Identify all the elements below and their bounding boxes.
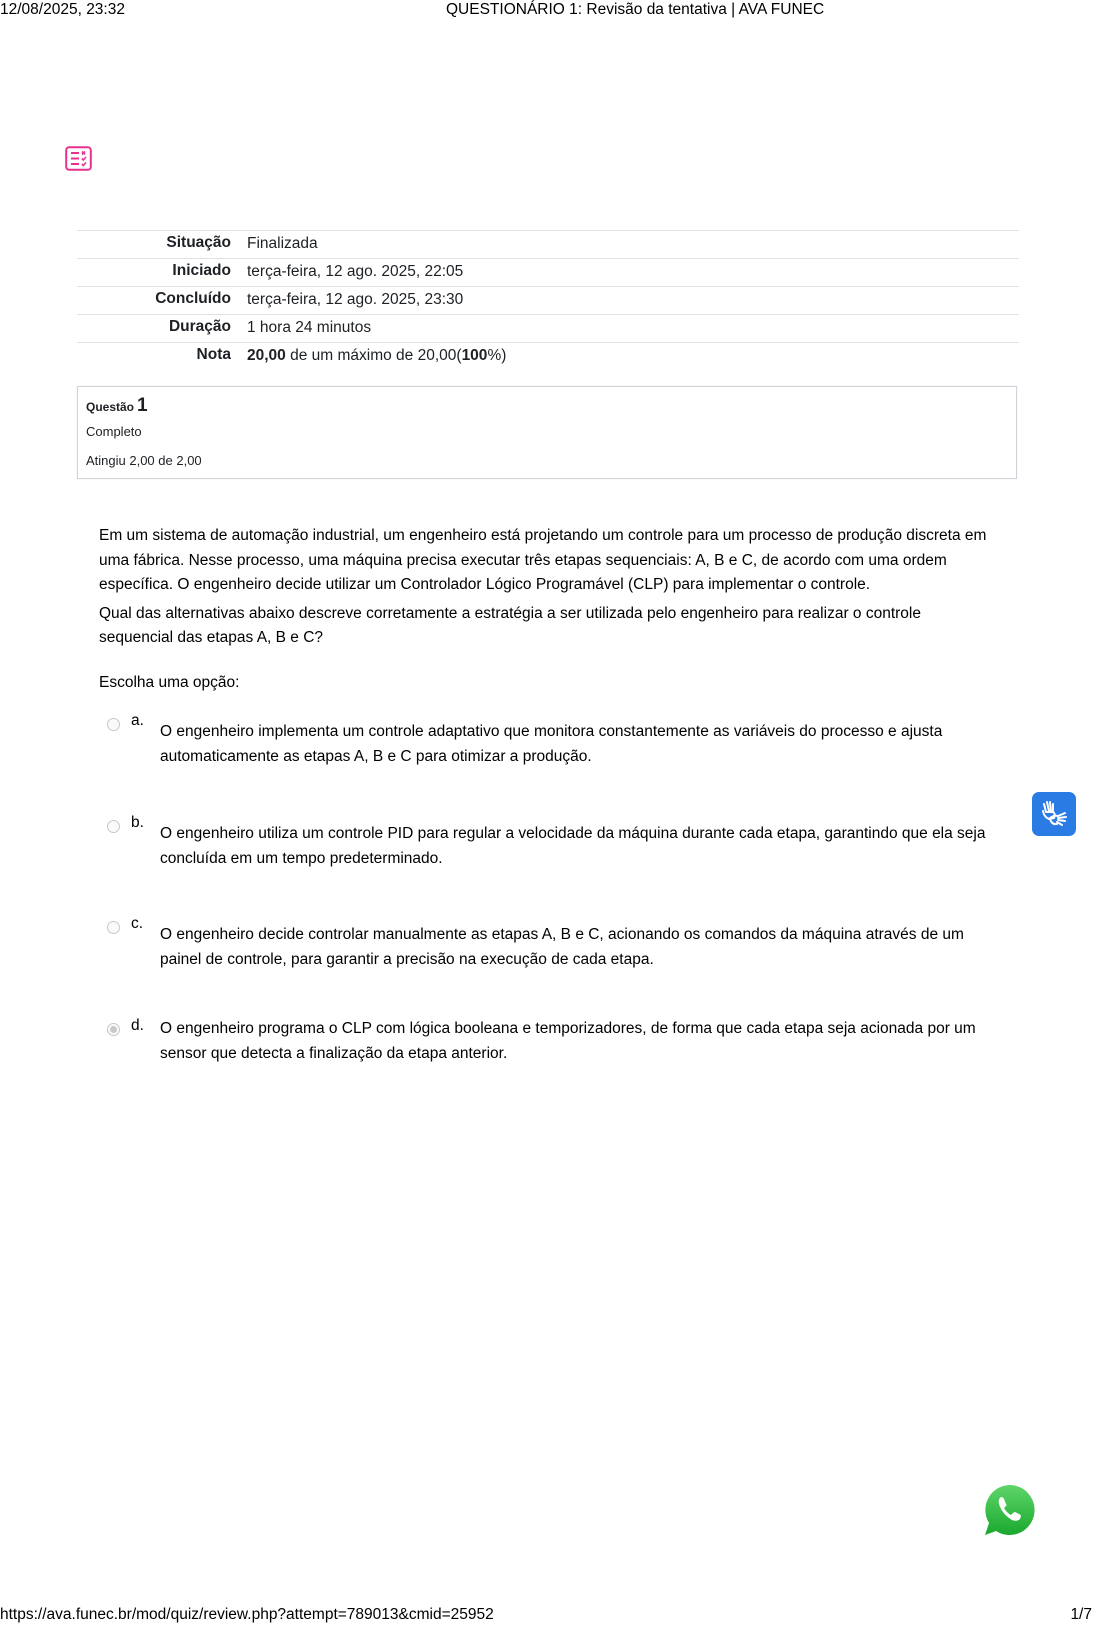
libras-accessibility-button[interactable] [1032, 792, 1076, 836]
summary-value: terça-feira, 12 ago. 2025, 22:05 [247, 259, 1019, 287]
summary-label: Concluído [77, 287, 247, 315]
question-state: Completo [86, 424, 142, 439]
attempt-summary-table: Situação Finalizada Iniciado terça-feira… [77, 230, 1019, 370]
summary-label: Nota [77, 343, 247, 371]
option-letter: d. [131, 1017, 144, 1035]
option-text: O engenheiro utiliza um controle PID par… [160, 822, 1005, 871]
grade-score: 20,00 [247, 347, 286, 364]
summary-value: terça-feira, 12 ago. 2025, 23:30 [247, 287, 1019, 315]
quiz-icon [65, 146, 92, 171]
page-url: https://ava.funec.br/mod/quiz/review.php… [0, 1606, 494, 1624]
option-letter: c. [131, 915, 143, 933]
option-letter: a. [131, 712, 144, 730]
question-number: Questão1 [86, 395, 148, 417]
question-grade: Atingiu 2,00 de 2,00 [86, 453, 202, 468]
question-num: 1 [137, 395, 148, 416]
question-info-box: Questão1 Completo Atingiu 2,00 de 2,00 [77, 386, 1017, 479]
whatsapp-icon[interactable] [982, 1483, 1036, 1537]
summary-row-situacao: Situação Finalizada [77, 231, 1019, 259]
grade-percent: 100 [462, 347, 488, 364]
summary-row-concluido: Concluído terça-feira, 12 ago. 2025, 23:… [77, 287, 1019, 315]
hand-sign-language-icon [1032, 792, 1076, 836]
answer-prompt: Escolha uma opção: [99, 674, 239, 692]
radio-button[interactable] [107, 921, 120, 934]
print-header: 12/08/2025, 23:32 QUESTIONÁRIO 1: Revisã… [0, 0, 1094, 22]
summary-label: Iniciado [77, 259, 247, 287]
summary-value: 1 hora 24 minutos [247, 315, 1019, 343]
summary-row-iniciado: Iniciado terça-feira, 12 ago. 2025, 22:0… [77, 259, 1019, 287]
print-footer: https://ava.funec.br/mod/quiz/review.php… [0, 1604, 1094, 1626]
summary-row-duracao: Duração 1 hora 24 minutos [77, 315, 1019, 343]
option-text: O engenheiro implementa um controle adap… [160, 720, 1005, 769]
option-text: O engenheiro programa o CLP com lógica b… [160, 1017, 1005, 1066]
question-paragraph: Em um sistema de automação industrial, u… [99, 524, 999, 598]
page-title: QUESTIONÁRIO 1: Revisão da tentativa | A… [446, 1, 824, 19]
option-text: O engenheiro decide controlar manualment… [160, 923, 1005, 972]
radio-button-selected[interactable] [107, 1023, 120, 1036]
radio-button[interactable] [107, 718, 120, 731]
grade-suffix: %) [487, 347, 506, 364]
question-text: Em um sistema de automação industrial, u… [99, 524, 999, 655]
summary-grade-value: 20,00 de um máximo de 20,00(100%) [247, 343, 1019, 371]
page-number: 1/7 [1070, 1606, 1092, 1624]
question-label: Questão [86, 400, 134, 414]
summary-value: Finalizada [247, 231, 1019, 259]
summary-row-nota: Nota 20,00 de um máximo de 20,00(100%) [77, 343, 1019, 371]
option-letter: b. [131, 814, 144, 832]
grade-middle: de um máximo de 20,00( [286, 347, 462, 364]
radio-button[interactable] [107, 820, 120, 833]
question-paragraph: Qual das alternativas abaixo descreve co… [99, 602, 999, 651]
summary-label: Situação [77, 231, 247, 259]
print-date: 12/08/2025, 23:32 [0, 1, 125, 19]
summary-label: Duração [77, 315, 247, 343]
